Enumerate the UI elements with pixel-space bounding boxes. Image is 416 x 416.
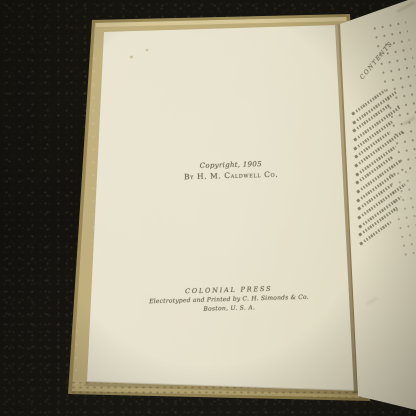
foxing-speck	[146, 49, 148, 51]
foxing-speck	[130, 56, 133, 58]
book-photo: Copyright, 1905 By H. M. Caldwell Co. CO…	[0, 0, 416, 416]
